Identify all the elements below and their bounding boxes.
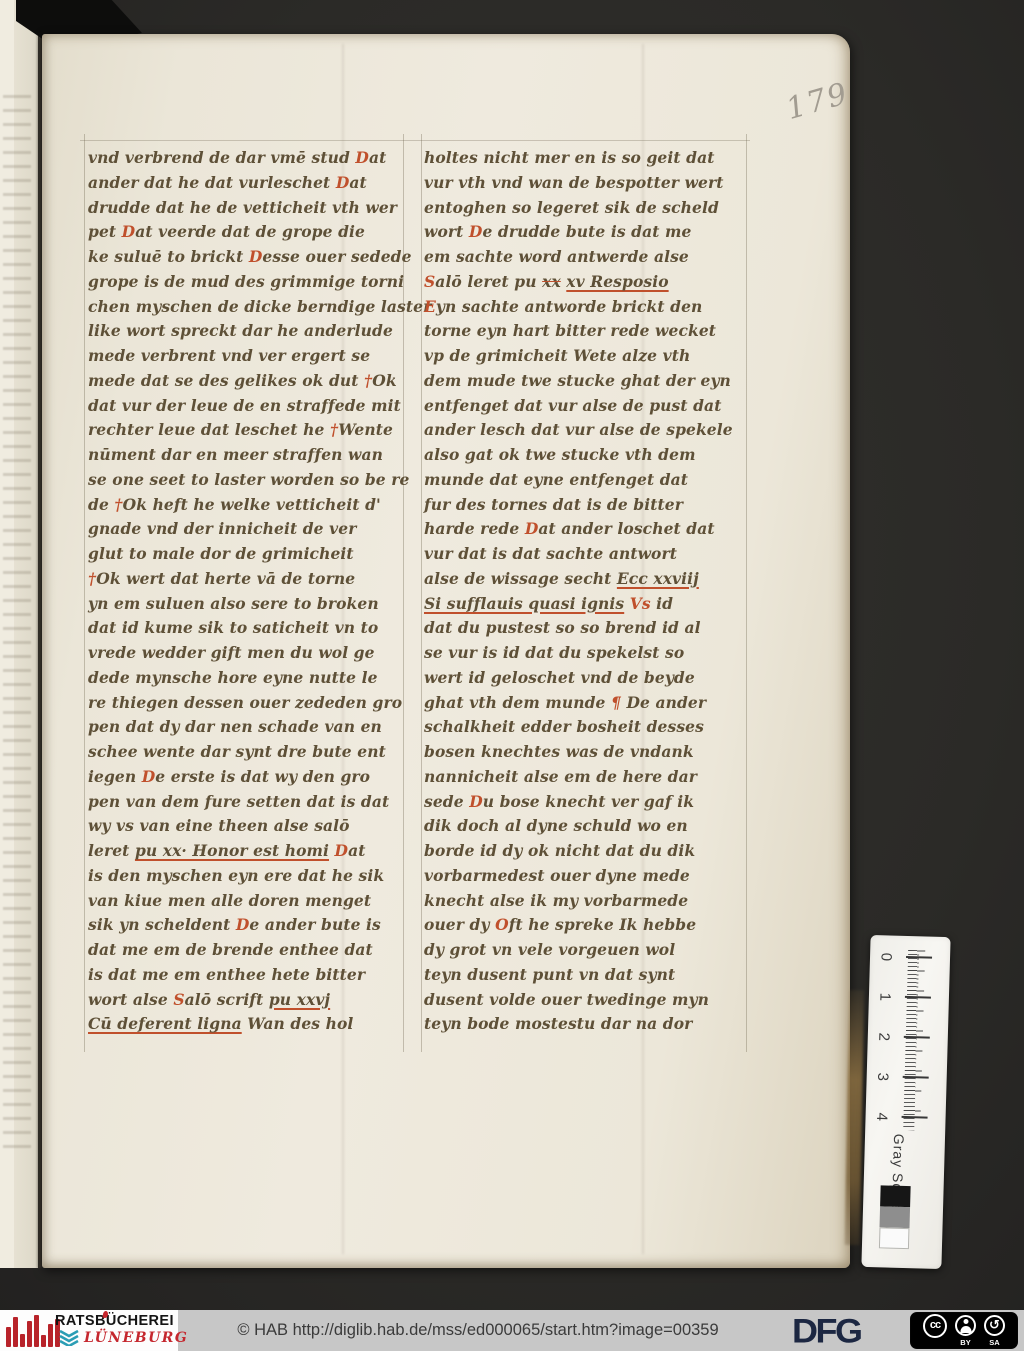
- library-city: LÜNEBURG: [84, 1330, 188, 1346]
- manuscript-line: vorbarmedest ouer dyne mede: [424, 866, 754, 891]
- manuscript-line: Si sufflauis quasi ignis Vs id: [424, 594, 754, 619]
- manuscript-line: borde id dy ok nicht dat du dik: [424, 841, 754, 866]
- patch-gray: [879, 1206, 910, 1228]
- manuscript-line: wert id geloschet vnd de beyde: [424, 668, 754, 693]
- manuscript-line: dede mynsche hore eyne nutte le: [88, 668, 418, 693]
- manuscript-line: ander dat he dat vurleschet Dat: [88, 173, 418, 198]
- ruling-line: [84, 134, 85, 1052]
- manuscript-line: glut to male dor de grimicheit: [88, 544, 418, 569]
- cc-sa-label: SA: [989, 1338, 999, 1346]
- manuscript-line: ke suluē to brickt Desse ouer sedede: [88, 247, 418, 272]
- ruler-number: 0: [877, 949, 894, 965]
- cc-sa-arrow-icon: ↺: [984, 1315, 1005, 1336]
- manuscript-line: dat du pustest so so brend id al: [424, 618, 754, 643]
- gray-scale-patches: [879, 1185, 911, 1249]
- manuscript-line: alse de wissage secht Ecc xxviij: [424, 569, 754, 594]
- manuscript-line: sede Du bose knecht ver gaf ik: [424, 792, 754, 817]
- manuscript-line: dat me em de brende enthee dat: [88, 940, 418, 965]
- manuscript-line: mede dat se des gelikes ok dut †Ok: [88, 371, 418, 396]
- manuscript-line: schalkheit edder bosheit desses: [424, 717, 754, 742]
- manuscript-line: bosen knechtes was de vndank: [424, 742, 754, 767]
- cc-by-label: BY: [960, 1338, 970, 1346]
- manuscript-line: nannicheit alse em de here dar: [424, 767, 754, 792]
- folio-number: 179: [782, 76, 852, 127]
- ruler-number: 2: [875, 1029, 892, 1045]
- manuscript-line: chen myschen de dicke berndige laster: [88, 297, 418, 322]
- manuscript-line: dusent volde ouer twedinge myn: [424, 990, 754, 1015]
- manuscript-line: munde dat eyne entfenget dat: [424, 470, 754, 495]
- manuscript-line: torne eyn hart bitter rede wecket: [424, 321, 754, 346]
- manuscript-line: vrede wedder gift men du wol ge: [88, 643, 418, 668]
- manuscript-line: pet Dat veerde dat de grope die: [88, 222, 418, 247]
- manuscript-line: yn em suluen also sere to broken: [88, 594, 418, 619]
- manuscript-line: fur des tornes dat is de bitter: [424, 495, 754, 520]
- manuscript-line: ander lesch dat vur alse de spekele: [424, 420, 754, 445]
- ruling-line: [80, 140, 750, 141]
- dfg-logo: DFG: [792, 1311, 861, 1350]
- facing-page-edge: [0, 0, 38, 1268]
- manuscript-line: ouer dy Oft he spreke Ik hebbe: [424, 915, 754, 940]
- patch-black: [880, 1185, 911, 1207]
- manuscript-line: also gat ok twe stucke vth dem: [424, 445, 754, 470]
- grayscale-ruler: 0 1 2 3 4 Gray Scale: [861, 935, 950, 1269]
- ruler-number: 1: [876, 989, 893, 1005]
- manuscript-line: dat id kume sik to saticheit vn to: [88, 618, 418, 643]
- manuscript-page: 179 vnd verbrend de dar vmē stud Datande…: [42, 34, 850, 1268]
- ruler-mid-ticks: [903, 950, 925, 1130]
- manuscript-line: like wort spreckt dar he anderlude: [88, 321, 418, 346]
- manuscript-line: dat vur der leue de en straffede mit: [88, 396, 418, 421]
- manuscript-line: sik yn scheldent De ander bute is: [88, 915, 418, 940]
- manuscript-line: wort De drudde bute is dat me: [424, 222, 754, 247]
- manuscript-line: vp de grimicheit Wete alze vth: [424, 346, 754, 371]
- manuscript-line: dem mude twe stucke ghat der eyn: [424, 371, 754, 396]
- manuscript-line: ghat vth dem munde ¶ De ander: [424, 693, 754, 718]
- manuscript-line: dik doch al dyne schuld wo en: [424, 816, 754, 841]
- manuscript-line: pen dat dy dar nen schade van en: [88, 717, 418, 742]
- cc-icon: cc: [923, 1314, 947, 1338]
- manuscript-line: grope is de mud des grimmige torni: [88, 272, 418, 297]
- manuscript-line: re thiegen dessen ouer zededen gro: [88, 693, 418, 718]
- manuscript-line: entfenget dat vur alse de pust dat: [424, 396, 754, 421]
- manuscript-line: leret pu xx· Honor est homi Dat: [88, 841, 418, 866]
- cc-license-badge: cc BY ↺ SA: [910, 1312, 1018, 1349]
- library-name: RATSBÜCHEREI: [55, 1313, 174, 1329]
- manuscript-line: is den myschen eyn ere dat he sik: [88, 866, 418, 891]
- manuscript-line: vur dat is dat sachte antwort: [424, 544, 754, 569]
- manuscript-line: harde rede Dat ander loschet dat: [424, 519, 754, 544]
- ratsbuecherei-bars-icon: [6, 1314, 60, 1347]
- manuscript-line: Cū deferent ligna Wan des hol: [88, 1014, 418, 1039]
- ruling-line: [421, 134, 422, 1052]
- manuscript-line: Salō leret pu xx xv Resposio: [424, 272, 754, 297]
- book-fore-edge: [845, 990, 864, 1245]
- ruler-number: 4: [873, 1109, 890, 1125]
- text-column-left: vnd verbrend de dar vmē stud Datander da…: [88, 148, 418, 1039]
- manuscript-line: rechter leue dat leschet he †Wente: [88, 420, 418, 445]
- cc-by-person-icon: [955, 1315, 976, 1336]
- manuscript-line: knecht alse ik my vorbarmede: [424, 891, 754, 916]
- manuscript-line: entoghen so legeret sik de scheld: [424, 198, 754, 223]
- manuscript-line: is dat me em enthee hete bitter: [88, 965, 418, 990]
- lueneburg-wave-icon: [58, 1330, 80, 1346]
- manuscript-line: se vur is id dat du spekelst so: [424, 643, 754, 668]
- manuscript-line: em sachte word antwerde alse: [424, 247, 754, 272]
- manuscript-line: vur vth vnd wan de bespotter wert: [424, 173, 754, 198]
- manuscript-line: drudde dat he de vetticheit vth wer: [88, 198, 418, 223]
- manuscript-line: schee wente dar synt dre bute ent: [88, 742, 418, 767]
- manuscript-line: teyn bode mostestu dar na dor: [424, 1014, 754, 1039]
- manuscript-line: pen van dem fure setten dat is dat: [88, 792, 418, 817]
- manuscript-line: se one seet to laster worden so be re: [88, 470, 418, 495]
- manuscript-line: iegen De erste is dat wy den gro: [88, 767, 418, 792]
- manuscript-line: vnd verbrend de dar vmē stud Dat: [88, 148, 418, 173]
- manuscript-line: Eyn sachte antworde brickt den: [424, 297, 754, 322]
- manuscript-line: wort alse Salō scrift pu xxvj: [88, 990, 418, 1015]
- manuscript-line: nūment dar en meer straffen wan: [88, 445, 418, 470]
- manuscript-line: teyn dusent punt vn dat synt: [424, 965, 754, 990]
- manuscript-line: de †Ok heft he welke vetticheit d': [88, 495, 418, 520]
- text-column-right: holtes nicht mer en is so geit datvur vt…: [424, 148, 754, 1039]
- ratsbuecherei-logo: RATSBÜCHEREI LÜNEBURG: [0, 1310, 178, 1351]
- manuscript-line: wy vs van eine theen alse salō: [88, 816, 418, 841]
- credit-footer-bar: RATSBÜCHEREI LÜNEBURG © HAB http://digli…: [0, 1310, 1024, 1351]
- manuscript-line: mede verbrent vnd ver ergert se: [88, 346, 418, 371]
- manuscript-line: †Ok wert dat herte vā de torne: [88, 569, 418, 594]
- manuscript-line: dy grot vn vele vorgeuen wol: [424, 940, 754, 965]
- credit-url: © HAB http://diglib.hab.de/mss/ed000065/…: [178, 1310, 778, 1351]
- manuscript-line: van kiue men alle doren menget: [88, 891, 418, 916]
- scan-photo: 179 vnd verbrend de dar vmē stud Datande…: [0, 0, 1024, 1351]
- ruler-number: 3: [874, 1069, 891, 1085]
- patch-white: [879, 1227, 910, 1249]
- manuscript-line: gnade vnd der innicheit de ver: [88, 519, 418, 544]
- facing-page-showthrough-text: [3, 95, 31, 1155]
- manuscript-line: holtes nicht mer en is so geit dat: [424, 148, 754, 173]
